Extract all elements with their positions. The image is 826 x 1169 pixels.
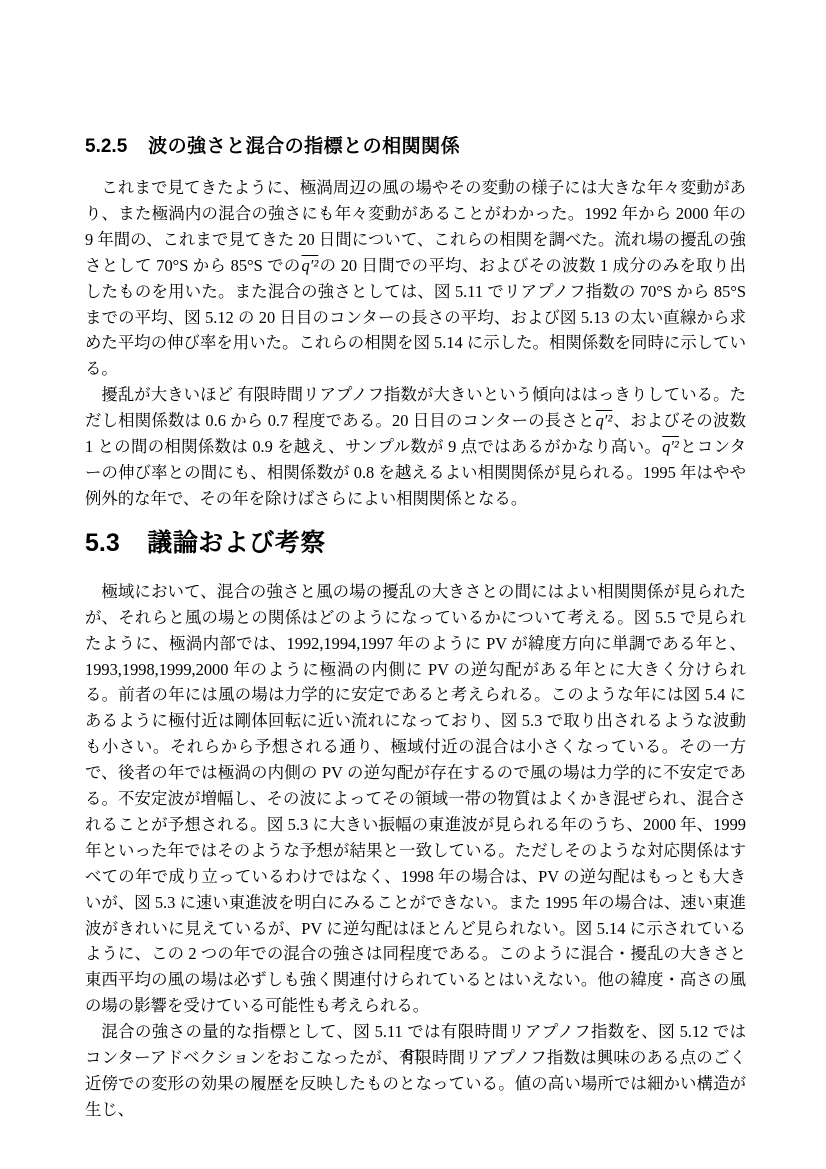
paragraph: 擾乱が大きいほど 有限時間リアプノフ指数が大きいという傾向ははっきりしている。た… bbox=[85, 382, 746, 512]
heading-title: 議論および考察 bbox=[147, 529, 326, 557]
section-heading: 5.3議論および考察 bbox=[85, 527, 746, 559]
math-qbar: q′² bbox=[301, 256, 320, 275]
page-number: 81 bbox=[0, 1045, 826, 1065]
text-run: 極域において、混合の強さと風の場の擾乱の大きさとの間にはよい相関関係が見られたが… bbox=[85, 582, 746, 1016]
heading-title: 波の強さと混合の指標との相関関係 bbox=[148, 136, 460, 157]
text-run: 混合の強さの量的な指標として、図 5.11 では有限時間リアプノフ指数を、図 5… bbox=[85, 1022, 746, 1119]
paragraph: 混合の強さの量的な指標として、図 5.11 では有限時間リアプノフ指数を、図 5… bbox=[85, 1019, 746, 1123]
document-page: 5.2.5波の強さと混合の指標との相関関係これまで見てきたように、極渦周辺の風の… bbox=[0, 0, 826, 1169]
heading-number: 5.2.5 bbox=[85, 136, 127, 157]
math-qbar: q′² bbox=[595, 411, 614, 430]
document-body: 5.2.5波の強さと混合の指標との相関関係これまで見てきたように、極渦周辺の風の… bbox=[85, 135, 746, 1123]
math-qbar: q′² bbox=[661, 437, 680, 456]
subsection-heading: 5.2.5波の強さと混合の指標との相関関係 bbox=[85, 135, 746, 159]
paragraph: 極域において、混合の強さと風の場の擾乱の大きさとの間にはよい相関関係が見られたが… bbox=[85, 579, 746, 1019]
heading-number: 5.3 bbox=[85, 529, 120, 557]
paragraph: これまで見てきたように、極渦周辺の風の場やその変動の様子には大きな年々変動があり… bbox=[85, 175, 746, 382]
